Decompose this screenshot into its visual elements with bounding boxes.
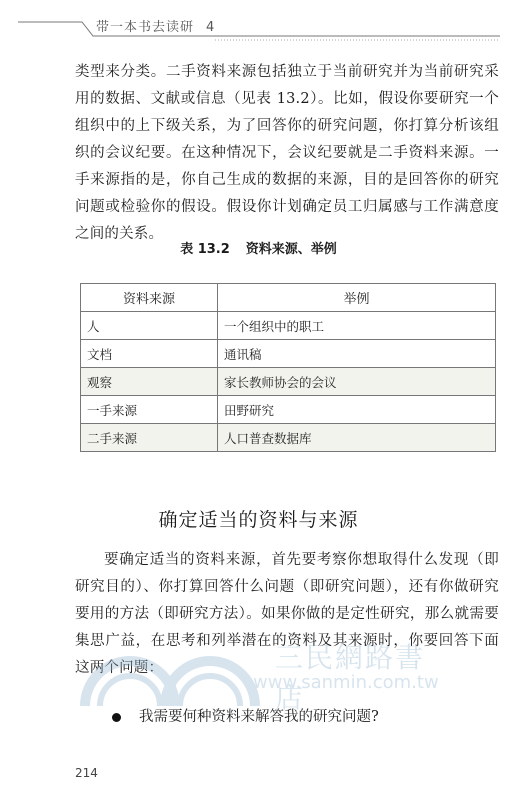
bullet-text: 我需要何种资料来解答我的研究问题? — [139, 709, 379, 725]
table-row: 一手来源 田野研究 — [81, 396, 496, 424]
bullet-icon — [112, 713, 121, 722]
cell-example: 通讯稿 — [218, 340, 496, 368]
cell-example: 一个组织中的职工 — [218, 312, 496, 340]
table-row: 观察 家长教师协会的会议 — [81, 368, 496, 396]
header-rule-icon — [0, 0, 517, 45]
cell-example: 家长教师协会的会议 — [218, 368, 496, 396]
cell-source: 文档 — [81, 340, 218, 368]
section-heading: 确定适当的资料与来源 — [0, 505, 517, 532]
table-caption: 表 13.2资料来源、举例 — [0, 238, 517, 257]
column-header-source: 资料来源 — [81, 284, 218, 312]
table-number: 表 13.2 — [180, 242, 230, 257]
body-paragraph: 类型来分类。二手资料来源包括独立于当前研究并为当前研究采用的数据、文献或信息（见… — [75, 59, 499, 248]
cell-source: 一手来源 — [81, 396, 218, 424]
running-header: 带一本书去读研4 — [0, 0, 517, 45]
header-title: 带一本书去读研4 — [96, 16, 215, 35]
table-row: 二手来源 人口普查数据库 — [81, 424, 496, 452]
sources-table: 资料来源 举例 人 一个组织中的职工 文档 通讯稿 观察 家长教师协会的会议 一… — [80, 283, 496, 452]
cell-example: 田野研究 — [218, 396, 496, 424]
column-header-example: 举例 — [218, 284, 496, 312]
cell-example: 人口普查数据库 — [218, 424, 496, 452]
page-number: 214 — [75, 766, 98, 780]
cell-source: 二手来源 — [81, 424, 218, 452]
bullet-list-item: 我需要何种资料来解答我的研究问题? — [112, 705, 379, 726]
cell-source: 人 — [81, 312, 218, 340]
table-row: 文档 通讯稿 — [81, 340, 496, 368]
table-row: 人 一个组织中的职工 — [81, 312, 496, 340]
section-paragraph: 要确定适当的资料来源，首先要考察你想取得什么发现（即研究目的）、你打算回答什么问… — [75, 547, 499, 682]
cell-source: 观察 — [81, 368, 218, 396]
chapter-number: 4 — [206, 20, 215, 35]
table-header-row: 资料来源 举例 — [81, 284, 496, 312]
book-title: 带一本书去读研 — [96, 20, 194, 35]
table-title: 资料来源、举例 — [246, 242, 337, 257]
